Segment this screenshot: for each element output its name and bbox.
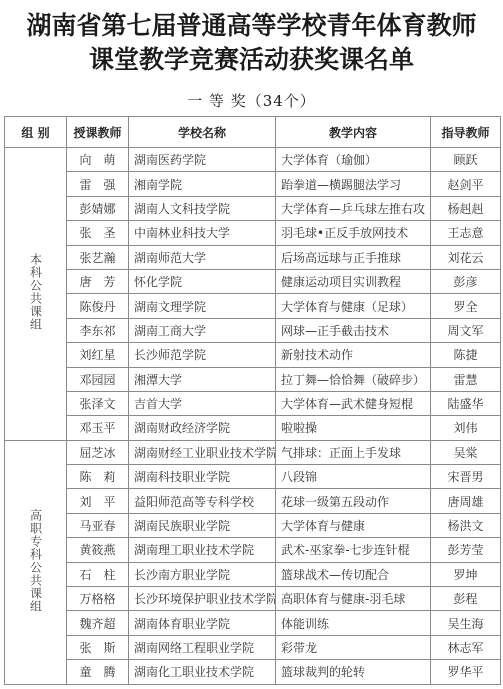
school-cell: 长沙南方职业学院	[129, 562, 276, 586]
table-row: 陈 莉湖南科技职业学院八段锦宋晋男	[5, 465, 501, 489]
mentor-cell: 陆盛华	[431, 391, 501, 415]
mentor-cell: 王志意	[431, 221, 501, 245]
teacher-cell: 雷 强	[67, 172, 129, 196]
content-cell: 后场高远球与正手推球	[276, 245, 431, 269]
school-cell: 湖南民族职业学院	[129, 513, 276, 537]
content-cell: 高职体育与健康-羽毛球	[276, 587, 431, 611]
school-cell: 长沙师范学院	[129, 343, 276, 367]
mentor-cell: 彭彦	[431, 269, 501, 293]
group-label-cell: 高职专科公共课组	[5, 440, 67, 684]
content-cell: 八段锦	[276, 465, 431, 489]
school-cell: 湖南财政经济学院	[129, 416, 276, 440]
school-cell: 怀化学院	[129, 269, 276, 293]
document-title-line1: 湖南省第七届普通高等学校青年体育教师	[0, 6, 503, 42]
teacher-cell: 陈 莉	[67, 465, 129, 489]
content-cell: 大学体育—乒乓球左推右攻	[276, 196, 431, 220]
mentor-cell: 赵剑平	[431, 172, 501, 196]
table-row: 黄筱燕湖南理工职业技术学院武术-巫家拳-七步连针棍彭芳莹	[5, 538, 501, 562]
school-cell: 吉首大学	[129, 391, 276, 415]
table-row: 彭婧娜湖南人文科技学院大学体育—乒乓球左推右攻杨赳赳	[5, 196, 501, 220]
mentor-cell: 唐周雄	[431, 489, 501, 513]
table-row: 万格格长沙环境保护职业技术学院高职体育与健康-羽毛球彭程	[5, 587, 501, 611]
header-teacher: 授课教师	[67, 117, 129, 148]
group-label: 本科公共课组	[29, 253, 43, 331]
table-row: 邓园园湘潭大学拉丁舞—恰恰舞（破碎步）雷慧	[5, 367, 501, 391]
school-cell: 湖南财经工业职业技术学院	[129, 440, 276, 464]
teacher-cell: 彭婧娜	[67, 196, 129, 220]
group-label-cell: 本科公共课组	[5, 148, 67, 441]
teacher-cell: 屈芝冰	[67, 440, 129, 464]
school-cell: 湖南理工职业技术学院	[129, 538, 276, 562]
award-table: 组 别 授课教师 学校名称 教学内容 指导教师 本科公共课组向 萌湖南医药学院大…	[4, 116, 501, 685]
table-row: 石 柱长沙南方职业学院篮球战术—传切配合罗坤	[5, 562, 501, 586]
teacher-cell: 刘红星	[67, 343, 129, 367]
mentor-cell: 彭程	[431, 587, 501, 611]
table-row: 唐 芳怀化学院健康运动项目实训教程彭彦	[5, 269, 501, 293]
school-cell: 湖南科技职业学院	[129, 465, 276, 489]
content-cell: 大学体育与健康（足球）	[276, 294, 431, 318]
teacher-cell: 童 腾	[67, 660, 129, 684]
school-cell: 湖南化工职业技术学院	[129, 660, 276, 684]
teacher-cell: 邓玉平	[67, 416, 129, 440]
table-row: 魏齐超湖南体育职业学院体能训练吴生海	[5, 611, 501, 635]
table-row: 张艺瀚湖南师范大学后场高远球与正手推球刘花云	[5, 245, 501, 269]
teacher-cell: 万格格	[67, 587, 129, 611]
content-cell: 网球—正手截击技术	[276, 318, 431, 342]
teacher-cell: 张泽文	[67, 391, 129, 415]
teacher-cell: 陈俊丹	[67, 294, 129, 318]
content-cell: 气排球：正面上手发球	[276, 440, 431, 464]
school-cell: 湘潭大学	[129, 367, 276, 391]
teacher-cell: 刘 平	[67, 489, 129, 513]
content-cell: 大学体育（瑜伽）	[276, 148, 431, 172]
table-body: 本科公共课组向 萌湖南医药学院大学体育（瑜伽）顾跃雷 强湘南学院跆拳道—横踢腿法…	[5, 148, 501, 685]
school-cell: 湖南网络工程职业学院	[129, 635, 276, 659]
table-row: 刘红星长沙师范学院新射技术动作陈捷	[5, 343, 501, 367]
content-cell: 新射技术动作	[276, 343, 431, 367]
table-row: 马亚春湖南民族职业学院大学体育与健康杨洪文	[5, 513, 501, 537]
mentor-cell: 陈捷	[431, 343, 501, 367]
table-row: 本科公共课组向 萌湖南医药学院大学体育（瑜伽）顾跃	[5, 148, 501, 172]
content-cell: 羽毛球•正反手放网技术	[276, 221, 431, 245]
header-content: 教学内容	[276, 117, 431, 148]
content-cell: 篮球战术—传切配合	[276, 562, 431, 586]
table-row: 童 腾湖南化工职业技术学院篮球裁判的轮转罗华平	[5, 660, 501, 684]
teacher-cell: 邓园园	[67, 367, 129, 391]
table-row: 陈俊丹湖南文理学院大学体育与健康（足球）罗全	[5, 294, 501, 318]
mentor-cell: 刘伟	[431, 416, 501, 440]
school-cell: 湖南工商大学	[129, 318, 276, 342]
teacher-cell: 唐 芳	[67, 269, 129, 293]
mentor-cell: 顾跃	[431, 148, 501, 172]
teacher-cell: 向 萌	[67, 148, 129, 172]
teacher-cell: 张 圣	[67, 221, 129, 245]
table-row: 雷 强湘南学院跆拳道—横踢腿法学习赵剑平	[5, 172, 501, 196]
school-cell: 湖南体育职业学院	[129, 611, 276, 635]
content-cell: 彩带龙	[276, 635, 431, 659]
table-row: 高职专科公共课组屈芝冰湖南财经工业职业技术学院气排球：正面上手发球吴棠	[5, 440, 501, 464]
group-label: 高职专科公共课组	[29, 509, 43, 613]
school-cell: 湖南人文科技学院	[129, 196, 276, 220]
mentor-cell: 吴生海	[431, 611, 501, 635]
teacher-cell: 魏齐超	[67, 611, 129, 635]
header-mentor: 指导教师	[431, 117, 501, 148]
mentor-cell: 彭芳莹	[431, 538, 501, 562]
content-cell: 武术-巫家拳-七步连针棍	[276, 538, 431, 562]
content-cell: 大学体育—武术健身短棍	[276, 391, 431, 415]
content-cell: 大学体育与健康	[276, 513, 431, 537]
content-cell: 篮球裁判的轮转	[276, 660, 431, 684]
table-header-row: 组 别 授课教师 学校名称 教学内容 指导教师	[5, 117, 501, 148]
teacher-cell: 张 斯	[67, 635, 129, 659]
mentor-cell: 吴棠	[431, 440, 501, 464]
table-row: 张 圣中南林业科技大学羽毛球•正反手放网技术王志意	[5, 221, 501, 245]
teacher-cell: 马亚春	[67, 513, 129, 537]
content-cell: 体能训练	[276, 611, 431, 635]
award-level-heading: 一 等 奖（34个）	[0, 90, 503, 111]
mentor-cell: 杨洪文	[431, 513, 501, 537]
content-cell: 花球一级第五段动作	[276, 489, 431, 513]
school-cell: 长沙环境保护职业技术学院	[129, 587, 276, 611]
mentor-cell: 罗坤	[431, 562, 501, 586]
table-row: 李东祁湖南工商大学网球—正手截击技术周文军	[5, 318, 501, 342]
table-row: 邓玉平湖南财政经济学院啦啦操刘伟	[5, 416, 501, 440]
mentor-cell: 雷慧	[431, 367, 501, 391]
table-row: 张 斯湖南网络工程职业学院彩带龙林志军	[5, 635, 501, 659]
header-group: 组 别	[5, 117, 67, 148]
document-title-line2: 课堂教学竞赛活动获奖课名单	[0, 40, 503, 76]
school-cell: 湘南学院	[129, 172, 276, 196]
school-cell: 中南林业科技大学	[129, 221, 276, 245]
content-cell: 拉丁舞—恰恰舞（破碎步）	[276, 367, 431, 391]
table-row: 刘 平益阳师范高等专科学校花球一级第五段动作唐周雄	[5, 489, 501, 513]
mentor-cell: 刘花云	[431, 245, 501, 269]
mentor-cell: 周文军	[431, 318, 501, 342]
mentor-cell: 杨赳赳	[431, 196, 501, 220]
header-school: 学校名称	[129, 117, 276, 148]
school-cell: 湖南医药学院	[129, 148, 276, 172]
school-cell: 湖南师范大学	[129, 245, 276, 269]
content-cell: 啦啦操	[276, 416, 431, 440]
school-cell: 湖南文理学院	[129, 294, 276, 318]
mentor-cell: 罗全	[431, 294, 501, 318]
mentor-cell: 罗华平	[431, 660, 501, 684]
mentor-cell: 宋晋男	[431, 465, 501, 489]
teacher-cell: 李东祁	[67, 318, 129, 342]
mentor-cell: 林志军	[431, 635, 501, 659]
teacher-cell: 张艺瀚	[67, 245, 129, 269]
content-cell: 健康运动项目实训教程	[276, 269, 431, 293]
teacher-cell: 黄筱燕	[67, 538, 129, 562]
teacher-cell: 石 柱	[67, 562, 129, 586]
content-cell: 跆拳道—横踢腿法学习	[276, 172, 431, 196]
school-cell: 益阳师范高等专科学校	[129, 489, 276, 513]
table-row: 张泽文吉首大学大学体育—武术健身短棍陆盛华	[5, 391, 501, 415]
